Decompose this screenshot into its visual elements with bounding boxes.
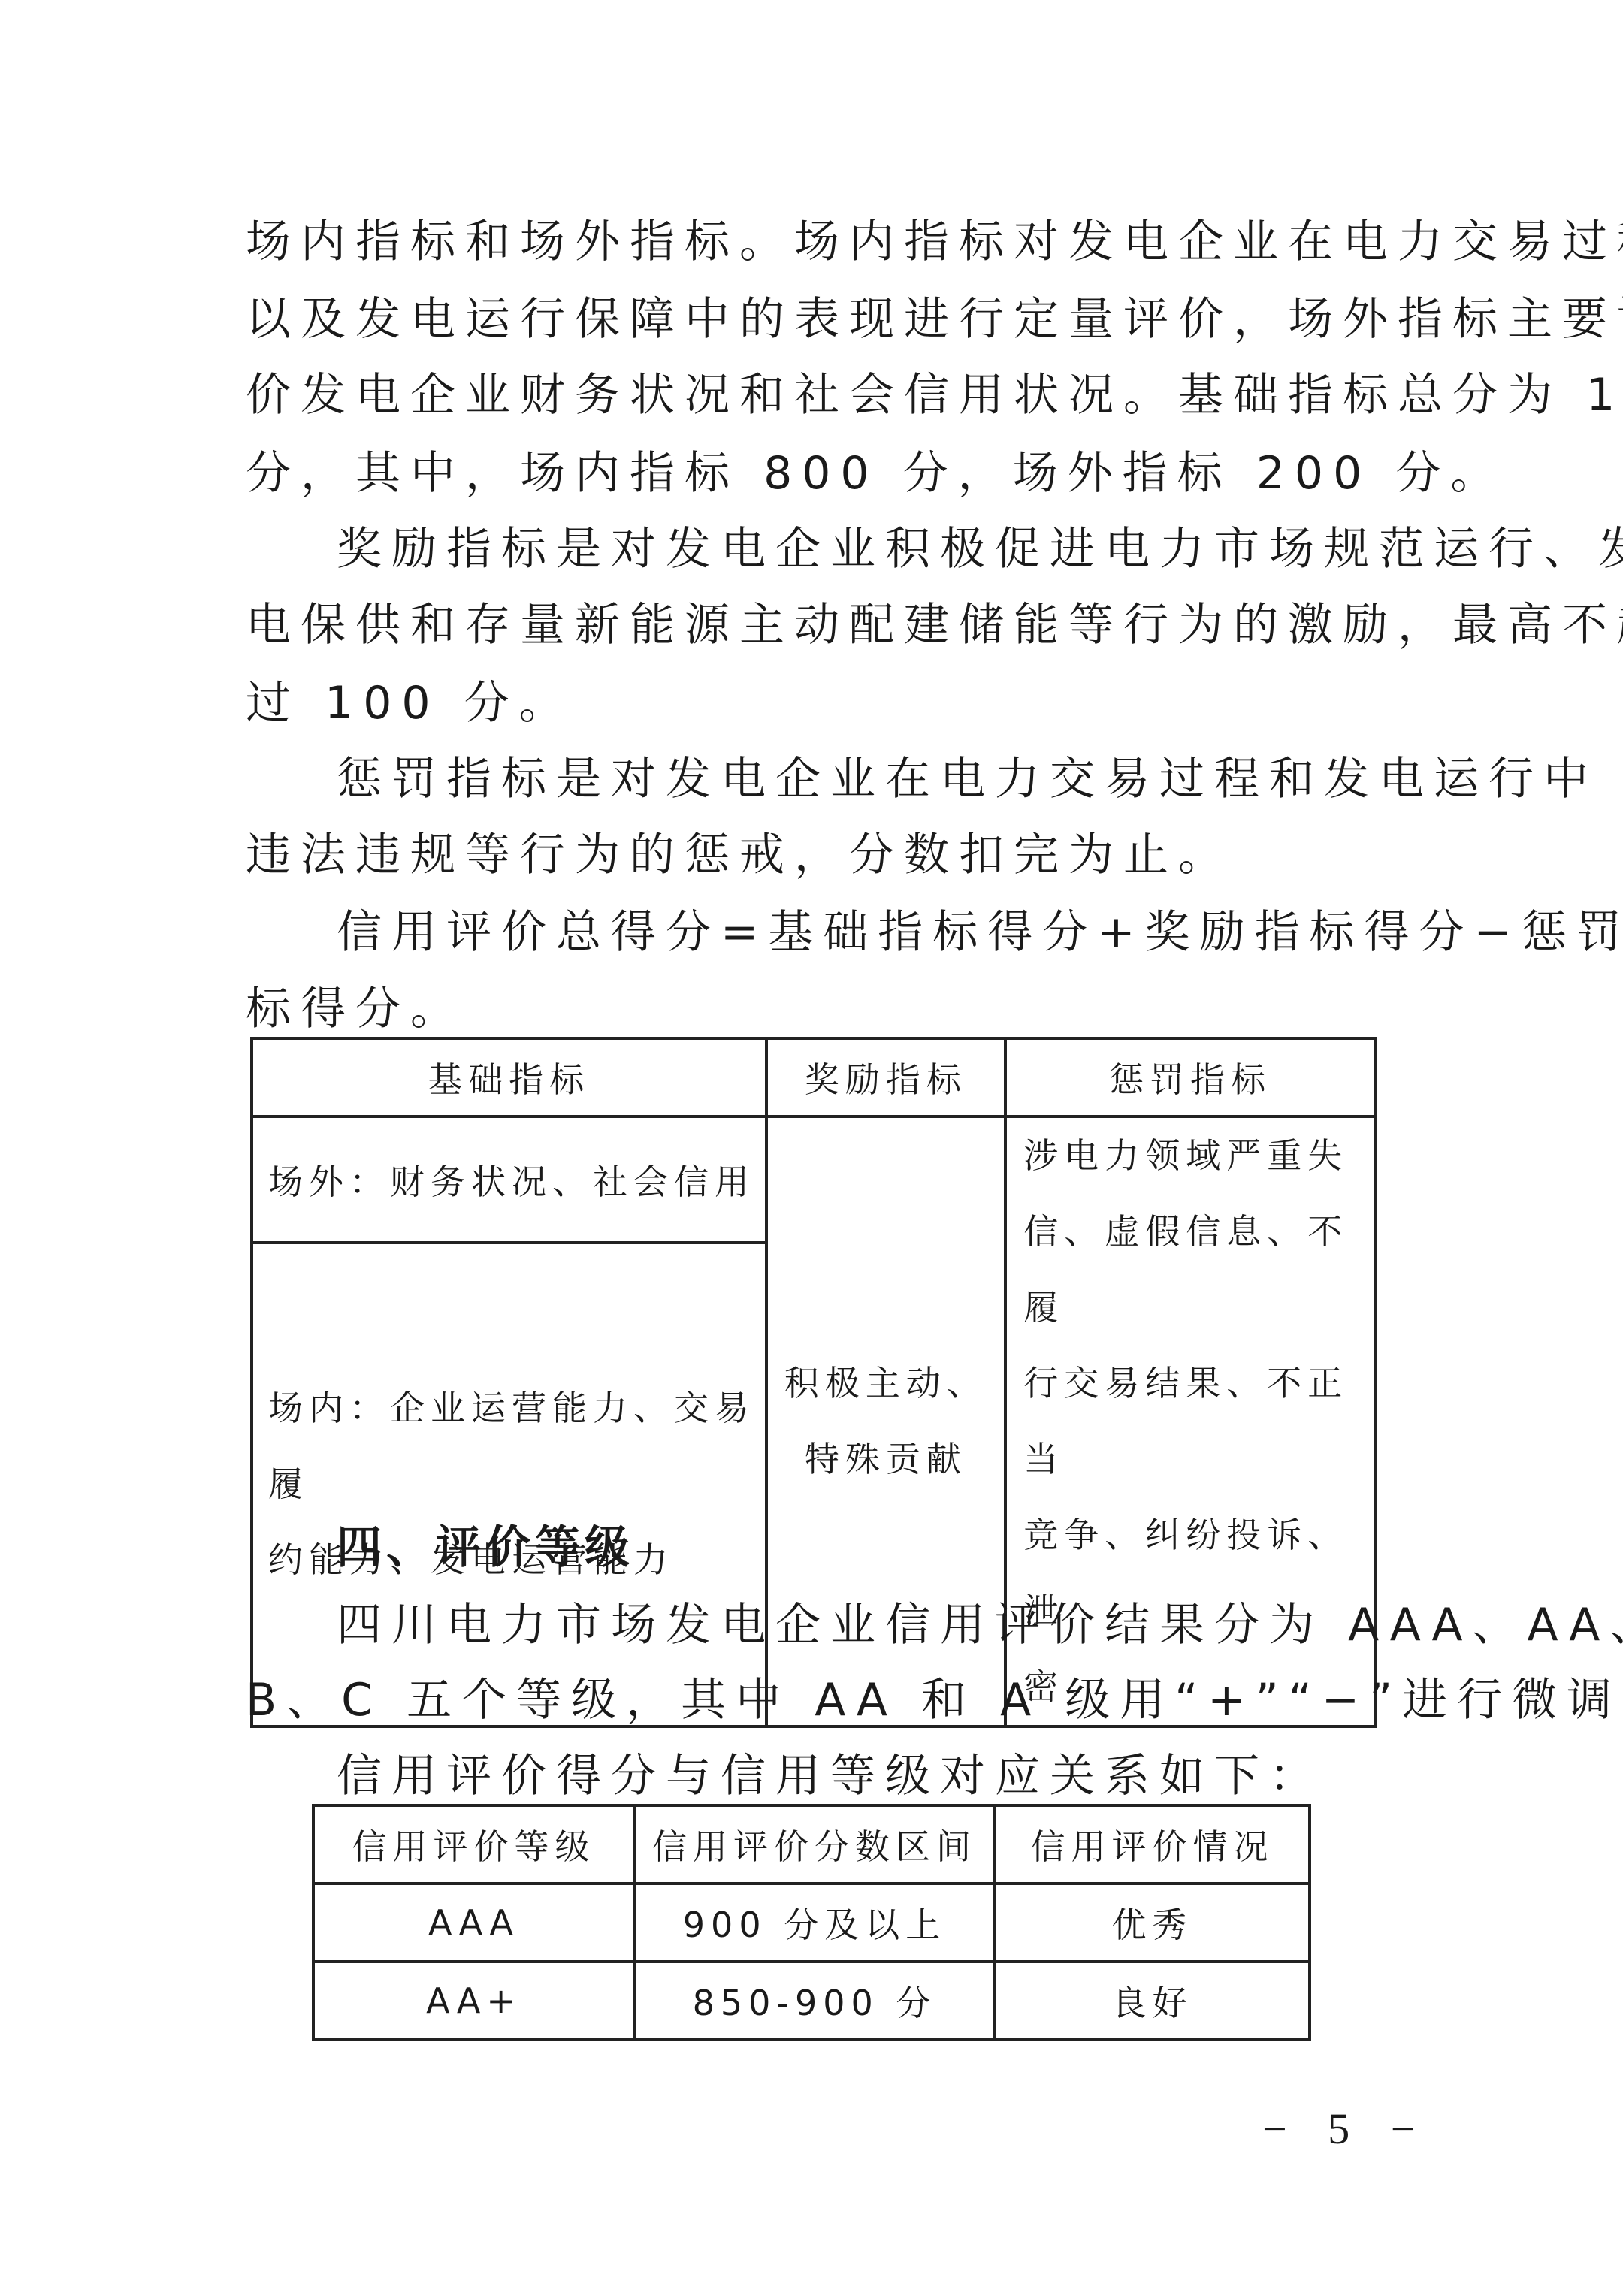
header-grade: 信用评价等级 bbox=[313, 1805, 634, 1884]
paragraph-line: 信用评价得分与信用等级对应关系如下： bbox=[337, 1746, 1324, 1806]
header-reward: 奖励指标 bbox=[766, 1038, 1006, 1116]
score-range-cell: 900 分及以上 bbox=[634, 1884, 995, 1962]
paragraph-line: 奖励指标是对发电企业积极促进电力市场规范运行、发 bbox=[337, 519, 1623, 579]
penalty-line: 涉电力领域严重失 bbox=[1023, 1118, 1366, 1194]
reward-line: 积极主动、 bbox=[768, 1346, 1005, 1421]
grade-table: 信用评价等级 信用评价分数区间 信用评价情况 AAA 900 分及以上 优秀 A… bbox=[312, 1804, 1311, 2041]
header-score-range: 信用评价分数区间 bbox=[634, 1805, 995, 1884]
paragraph-line: 价发电企业财务状况和社会信用状况。基础指标总分为 1000 bbox=[246, 365, 1623, 425]
score-range-cell: 850-900 分 bbox=[634, 1962, 995, 2040]
penalty-line: 信、虚假信息、不履 bbox=[1023, 1194, 1366, 1346]
paragraph-line: 惩罚指标是对发电企业在电力交易过程和发电运行中 bbox=[337, 749, 1598, 809]
table-header-row: 基础指标 奖励指标 惩罚指标 bbox=[252, 1038, 1375, 1116]
header-penalty: 惩罚指标 bbox=[1005, 1038, 1375, 1116]
header-basic: 基础指标 bbox=[252, 1038, 766, 1116]
header-situation: 信用评价情况 bbox=[995, 1805, 1310, 1884]
grade-cell: AA+ bbox=[313, 1962, 634, 2040]
penalty-line: 行交易结果、不正当 bbox=[1023, 1346, 1366, 1497]
paragraph-line: 标得分。 bbox=[246, 979, 465, 1039]
paragraph-line: 以及发电运行保障中的表现进行定量评价，场外指标主要评 bbox=[246, 289, 1623, 349]
onsite-line: 场内：企业运营能力、交易履 bbox=[268, 1370, 765, 1522]
table-row: AA+ 850-900 分 良好 bbox=[313, 1962, 1310, 2040]
paragraph-line: 电保供和存量新能源主动配建储能等行为的激励，最高不超 bbox=[246, 595, 1623, 655]
paragraph-line: 过 100 分。 bbox=[246, 673, 574, 733]
paragraph-line: 信用评价总得分=基础指标得分+奖励指标得分−惩罚指 bbox=[337, 902, 1623, 962]
table-row: 场外：财务状况、社会信用 积极主动、 特殊贡献 涉电力领域严重失 信、虚假信息、… bbox=[252, 1116, 1375, 1243]
situation-cell: 优秀 bbox=[995, 1884, 1310, 1962]
page-number: − 5 − bbox=[1262, 2104, 1430, 2154]
basic-offsite-cell: 场外：财务状况、社会信用 bbox=[252, 1116, 766, 1243]
paragraph-line: 场内指标和场外指标。场内指标对发电企业在电力交易过程 bbox=[246, 212, 1623, 272]
table-header-row: 信用评价等级 信用评价分数区间 信用评价情况 bbox=[313, 1805, 1310, 1884]
section-heading: 四、评价等级 bbox=[337, 1518, 634, 1578]
situation-cell: 良好 bbox=[995, 1962, 1310, 2040]
paragraph-line: 四川电力市场发电企业信用评价结果分为 AAA、AA、A、 bbox=[337, 1595, 1623, 1655]
grade-cell: AAA bbox=[313, 1884, 634, 1962]
paragraph-line: B、C 五个等级，其中 AA 和 A 级用“+”“−”进行微调。 bbox=[246, 1670, 1623, 1730]
paragraph-line: 违法违规等行为的惩戒，分数扣完为止。 bbox=[246, 825, 1233, 885]
paragraph-line: 分，其中，场内指标 800 分，场外指标 200 分。 bbox=[246, 443, 1505, 503]
reward-line: 特殊贡献 bbox=[768, 1421, 1005, 1497]
table-row: AAA 900 分及以上 优秀 bbox=[313, 1884, 1310, 1962]
